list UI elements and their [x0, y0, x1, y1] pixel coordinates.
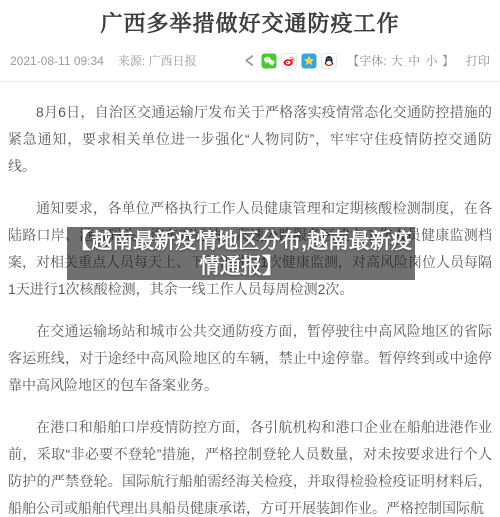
- meta-left: 2021-08-11 09:34 来源: 广西日报: [10, 52, 197, 69]
- article-paragraph: 在交通运输场站和城市公共交通防疫方面，暂停驶往中高风险地区的省际客运班线，对于途…: [8, 318, 492, 399]
- article-paragraph: 8月6日，自治区交通运输厅发布关于严格落实疫情常态化交通防控措施的紧急通知，要求…: [8, 99, 492, 180]
- article-body: 8月6日，自治区交通运输厅发布关于严格落实疫情常态化交通防控措施的紧急通知，要求…: [0, 82, 500, 517]
- wechat-icon[interactable]: [261, 53, 277, 69]
- meta-right: 【字体: 大 中 小 】 打印: [241, 52, 490, 69]
- weibo-icon[interactable]: [281, 53, 297, 69]
- share-icon[interactable]: [241, 53, 257, 69]
- publish-datetime: 2021-08-11 09:34: [10, 54, 104, 68]
- qq-icon[interactable]: [321, 53, 337, 69]
- font-size-medium[interactable]: 中: [408, 54, 420, 68]
- qzone-icon[interactable]: [301, 53, 317, 69]
- source-label: 来源: 广西日报: [118, 52, 197, 69]
- article-page: 广西多举措做好交通防疫工作 2021-08-11 09:34 来源: 广西日报: [0, 0, 500, 517]
- font-size-suffix: 】: [442, 54, 454, 68]
- font-size-large[interactable]: 大: [391, 54, 403, 68]
- page-title: 广西多举措做好交通防疫工作: [0, 0, 500, 39]
- font-size-small[interactable]: 小: [426, 54, 438, 68]
- article-paragraph: 在港口和船舶口岸疫情防控方面，各引航机构和港口企业在船舶进港作业前，采取“非必要…: [8, 414, 492, 517]
- print-button[interactable]: 打印: [466, 52, 490, 69]
- article-paragraph: 通知要求，各单位严格执行工作人员健康管理和定期核酸检测制度，在各陆路口岸、港口码…: [8, 195, 492, 303]
- font-size-prefix: 【字体:: [347, 54, 386, 68]
- meta-bar: 2021-08-11 09:34 来源: 广西日报: [0, 52, 500, 82]
- font-size-control: 【字体: 大 中 小 】: [347, 52, 454, 69]
